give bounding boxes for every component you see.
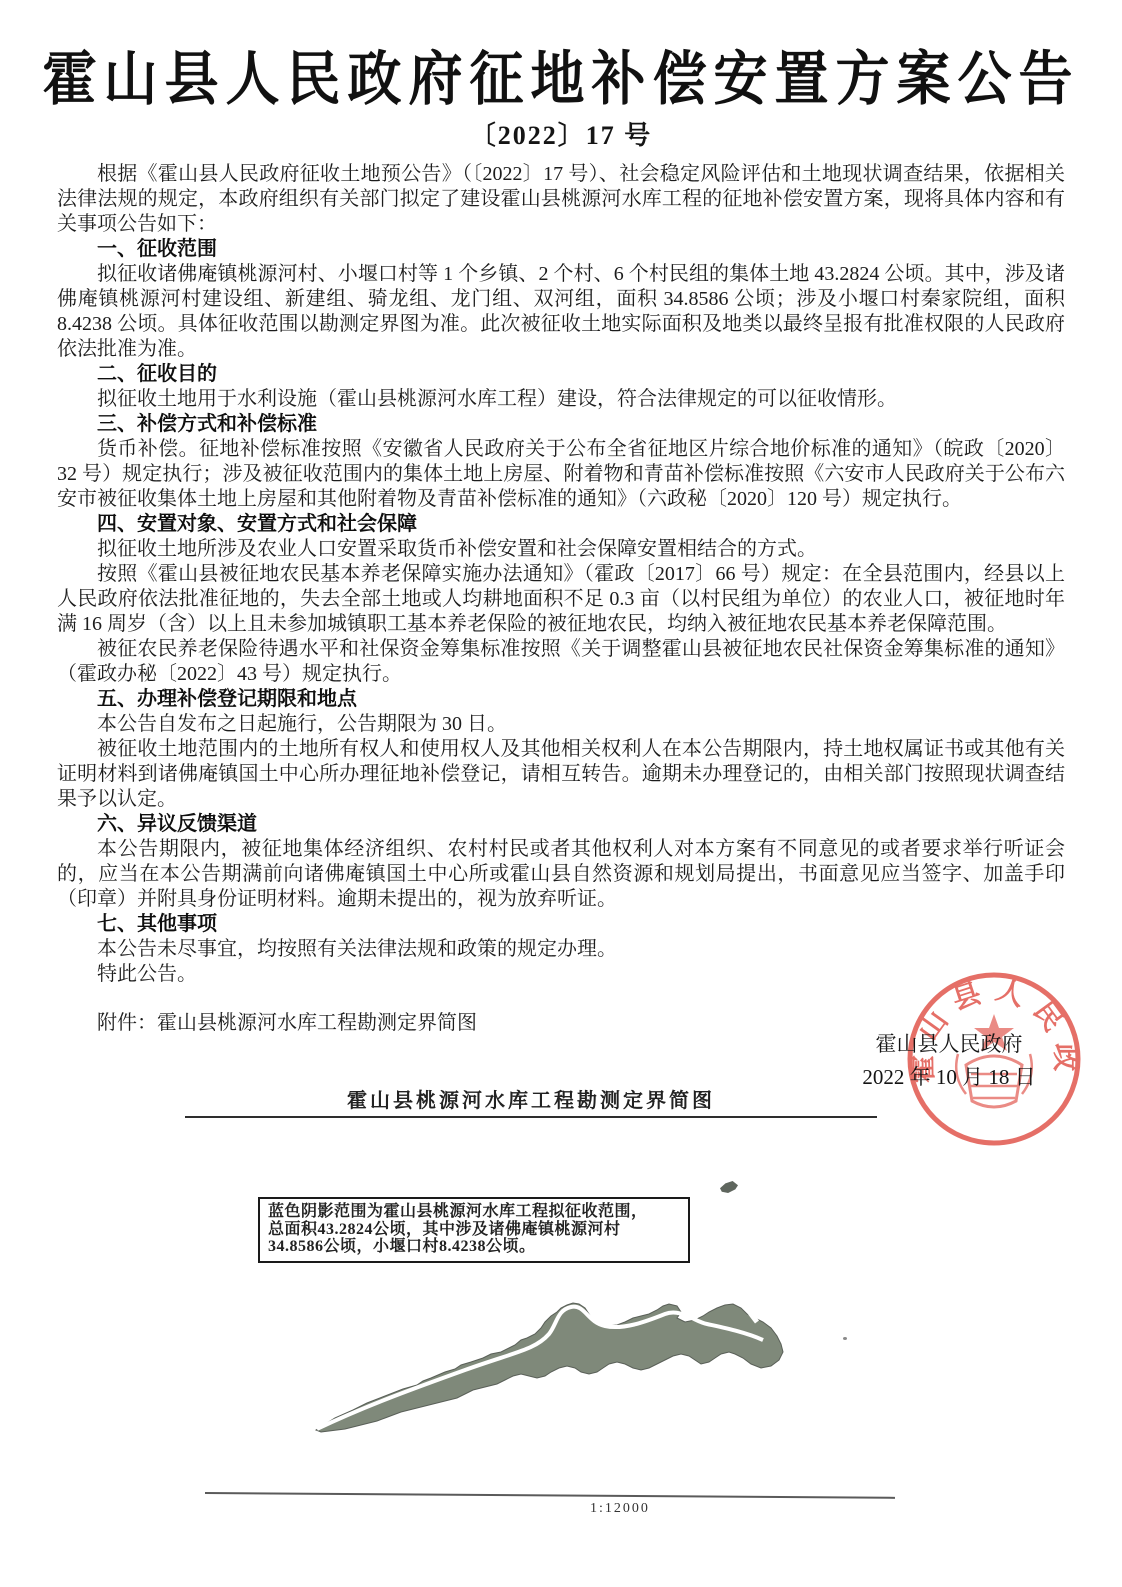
- doc-number: 〔2022〕17 号: [0, 115, 1122, 152]
- section-4-paragraph-1: 拟征收土地所涉及农业人口安置采取货币补偿安置和社会保障安置相结合的方式。: [57, 537, 1065, 562]
- section-1-heading: 一、征收范围: [57, 237, 1065, 262]
- section-4-heading: 四、安置对象、安置方式和社会保障: [57, 512, 1065, 537]
- announcement-page: 霍山县人民政府征地补偿安置方案公告 〔2022〕17 号 根据《霍山县人民政府征…: [0, 0, 1122, 1587]
- section-5-paragraph-2: 被征收土地范围内的土地所有权人和使用权人及其他相关权利人在本公告期限内，持土地权…: [57, 737, 1065, 812]
- signature-date: 2022 年 10 月 18 日: [834, 1061, 1064, 1094]
- intro-paragraph: 根据《霍山县人民政府征收土地预公告》（〔2022〕17 号）、社会稳定风险评估和…: [57, 162, 1065, 237]
- map-note-box: 蓝色阴影范围为霍山县桃源河水库工程拟征收范围， 总面积43.2824公顷，其中涉…: [258, 1197, 690, 1263]
- map-baseline: [205, 1492, 895, 1499]
- map-dot: [843, 1337, 847, 1340]
- section-5-paragraph-1: 本公告自发布之日起施行，公告期限为 30 日。: [57, 712, 1065, 737]
- signature-block: 霍山县人民政府 2022 年 10 月 18 日: [834, 1028, 1064, 1094]
- section-1-paragraph: 拟征收诸佛庵镇桃源河村、小堰口村等 1 个乡镇、2 个村、6 个村民组的集体土地…: [57, 262, 1065, 362]
- page-title: 霍山县人民政府征地补偿安置方案公告: [0, 33, 1122, 116]
- map-title-underline: 霍山县桃源河水库工程勘测定界简图: [185, 1084, 877, 1118]
- section-5-heading: 五、办理补偿登记期限和地点: [57, 687, 1065, 712]
- section-6-paragraph: 本公告期限内，被征地集体经济组织、农村村民或者其他权利人对本方案有不同意见的或者…: [57, 837, 1065, 912]
- document-body: 根据《霍山县人民政府征收土地预公告》（〔2022〕17 号）、社会稳定风险评估和…: [57, 162, 1065, 1036]
- section-4-paragraph-2: 按照《霍山县被征地农民基本养老保障实施办法通知》（霍政〔2017〕66 号）规定…: [57, 562, 1065, 637]
- map-fragment-blob: [720, 1181, 738, 1193]
- map-note-line-3: 34.8586公顷，小堰口村8.4238公顷。: [268, 1238, 680, 1256]
- map-note-line-1: 蓝色阴影范围为霍山县桃源河水库工程拟征收范围，: [268, 1203, 680, 1221]
- section-7-heading: 七、其他事项: [57, 912, 1065, 937]
- section-2-heading: 二、征收目的: [57, 362, 1065, 387]
- map-scale-label: 1:12000: [480, 1501, 760, 1517]
- section-7-paragraph: 本公告未尽事宜，均按照有关法律法规和政策的规定办理。: [57, 937, 1065, 962]
- map-note-line-2: 总面积43.2824公顷，其中涉及诸佛庵镇桃源河村: [268, 1221, 680, 1239]
- section-3-heading: 三、补偿方式和补偿标准: [57, 412, 1065, 437]
- section-4-paragraph-3: 被征农民养老保险待遇水平和社保资金筹集标准按照《关于调整霍山县被征地农民社保资金…: [57, 637, 1065, 687]
- reservoir-area: [316, 1303, 783, 1432]
- section-6-heading: 六、异议反馈渠道: [57, 812, 1065, 837]
- signature-issuer: 霍山县人民政府: [834, 1028, 1064, 1061]
- section-2-paragraph: 拟征收土地用于水利设施（霍山县桃源河水库工程）建设，符合法律规定的可以征收情形。: [57, 387, 1065, 412]
- survey-map-shape: [305, 1288, 805, 1446]
- section-3-paragraph: 货币补偿。征地补偿标准按照《安徽省人民政府关于公布全省征地区片综合地价标准的通知…: [57, 437, 1065, 512]
- map-title: 霍山县桃源河水库工程勘测定界简图: [347, 1090, 715, 1112]
